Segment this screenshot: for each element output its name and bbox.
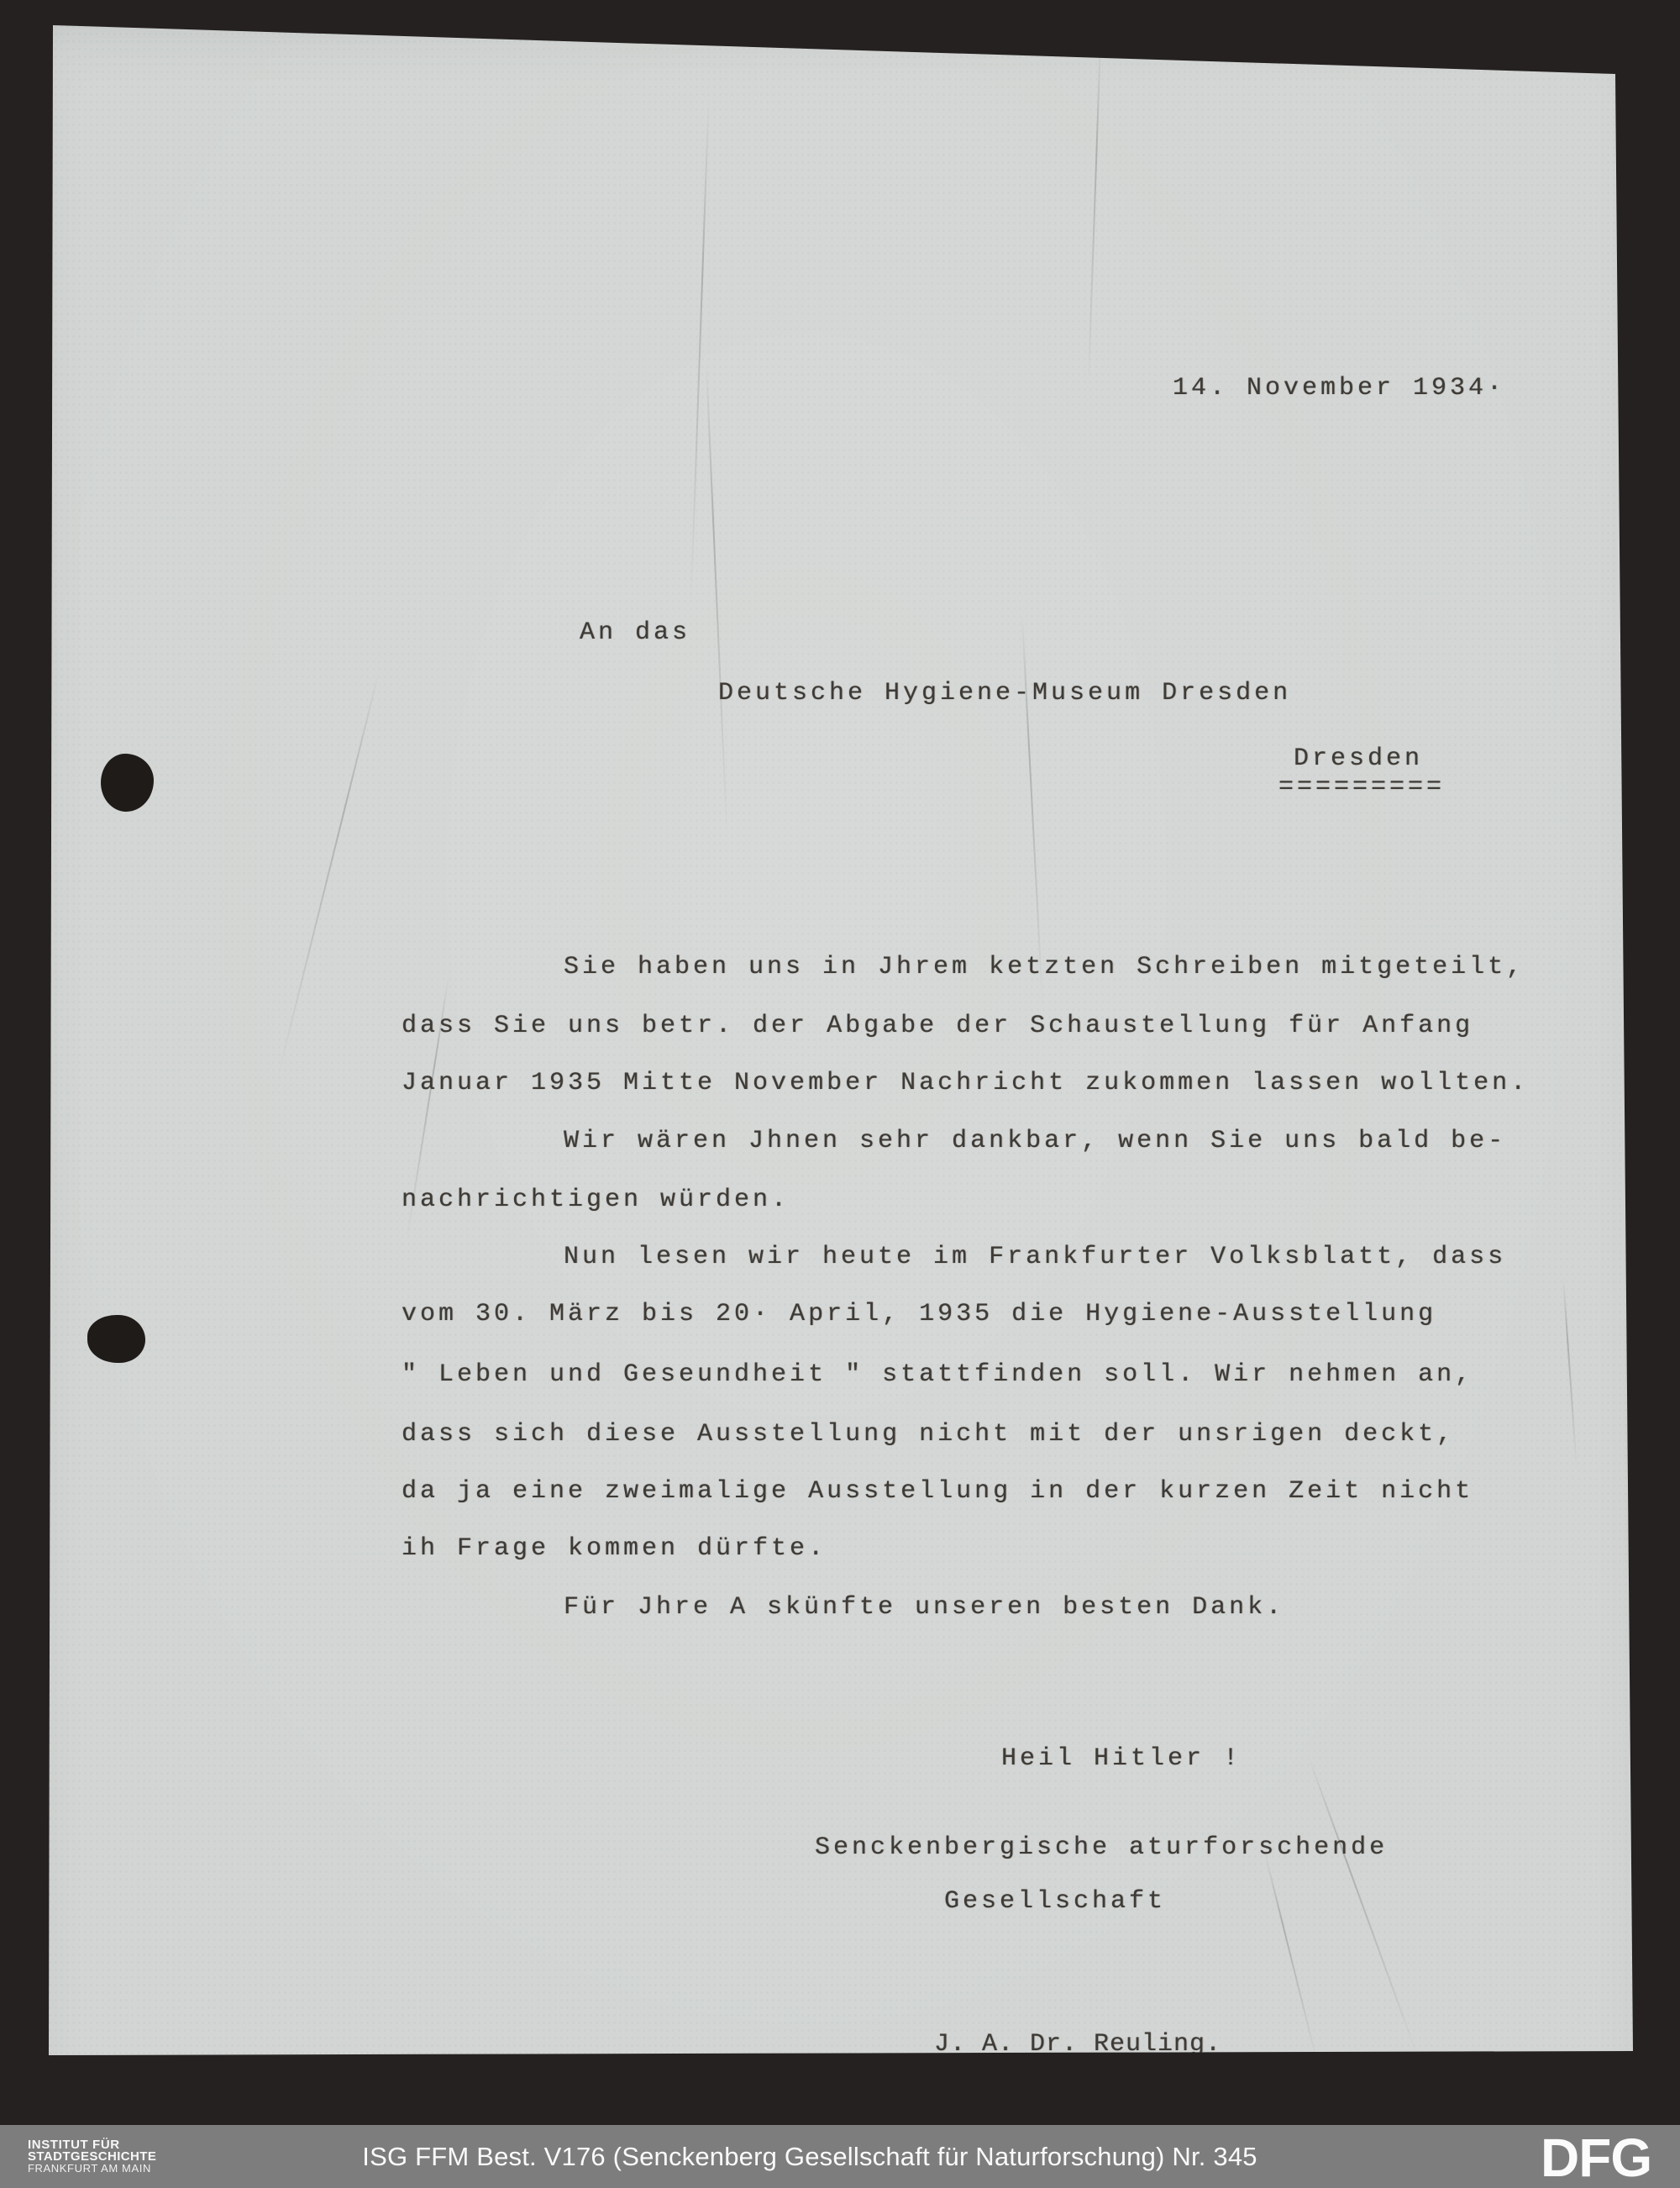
letter-date: 14. November 1934· [1173,374,1505,402]
closing-signature: J. A. Dr. Reuling. [934,2030,1221,2059]
paper-crease [706,361,727,832]
letter-line: da ja eine zweimalige Ausstellung in der… [402,1477,1473,1506]
closing-org-line1: Senckenbergische aturforschende [815,1833,1388,1862]
letter-line: Wir wären Jhnen sehr dankbar, wenn Sie u… [564,1127,1506,1155]
letter-line: vom 30. März bis 20· April, 1935 die Hyg… [402,1300,1436,1328]
dfg-logo: DFG [1541,2127,1651,2188]
closing-org-line2: Gesellschaft [944,1887,1166,1916]
letter-page: 14. November 1934· An das Deutsche Hygie… [0,0,1680,2188]
closing-salute: Heil Hitler ! [1001,1744,1242,1773]
paper-crease [1562,1277,1578,1470]
paper-crease [690,101,710,605]
letter-line: nachrichtigen würden. [402,1186,790,1214]
letter-line: Nun lesen wir heute im Frankfurter Volks… [564,1243,1506,1271]
recipient-underline: ========= [1278,773,1445,802]
recipient-line-an-das: An das [580,618,690,647]
recipient-line-city: Dresden [1294,744,1423,773]
institut-logo: INSTITUT FÜR STADTGESCHICHTE FRANKFURT A… [28,2139,156,2175]
archive-caption: ISG FFM Best. V176 (Senckenberg Gesellsc… [362,2142,1257,2172]
recipient-line-museum: Deutsche Hygiene-Museum Dresden [718,679,1291,707]
institut-logo-line2: STADTGESCHICHTE [28,2151,156,2163]
punch-hole-top [101,754,154,812]
letter-line: Januar 1935 Mitte November Nachricht zuk… [402,1069,1529,1097]
paper-crease [1088,34,1102,387]
paper-crease [1021,613,1044,1007]
paper-crease [1264,1852,1319,2064]
paper-crease [277,670,381,1078]
letter-line: Sie haben uns in Jhrem ketzten Schreiben… [564,953,1525,981]
letter-line: dass Sie uns betr. der Abgabe der Schaus… [402,1012,1473,1040]
institut-logo-line3: FRANKFURT AM MAIN [28,2163,156,2175]
punch-hole-bottom [87,1315,145,1363]
paper-crease [1308,1757,1419,2058]
letter-line: ih Frage kommen dürfte. [402,1534,827,1563]
letter-line: Für Jhre A skünfte unseren besten Dank. [564,1593,1284,1622]
letter-line: " Leben und Geseundheit " stattfinden so… [402,1360,1473,1389]
letter-line: dass sich diese Ausstellung nicht mit de… [402,1420,1455,1449]
